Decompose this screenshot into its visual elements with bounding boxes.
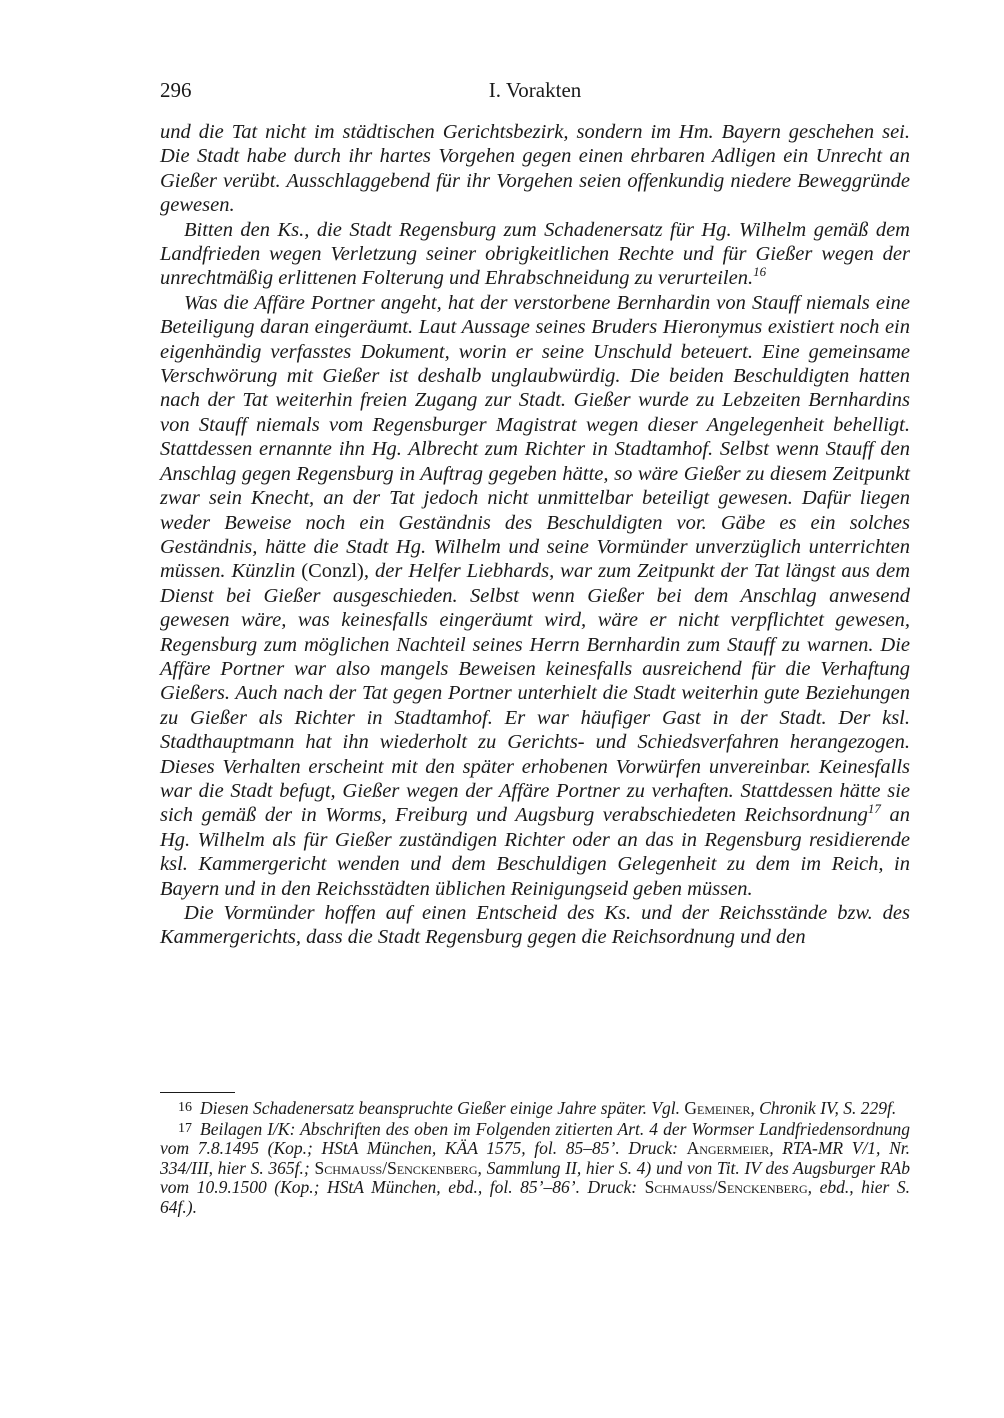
footnote-text: Diesen Schadenersatz beanspruchte Gießer… (200, 1098, 684, 1118)
author-name: Angermeier (687, 1138, 770, 1158)
running-head: 296 I. Vorakten (160, 78, 910, 108)
paragraph-text: Bitten den Ks., die Stadt Regensburg zum… (160, 219, 910, 290)
paragraph-text: , der Helfer Liebhards, war zum Zeitpunk… (160, 560, 910, 826)
section-title: I. Vorakten (160, 78, 910, 103)
paragraph-text: und die Tat nicht im städtischen Gericht… (160, 121, 910, 216)
paragraph-text: Die Vormünder hoffen auf einen Entscheid… (160, 902, 910, 948)
paragraph-4: Die Vormünder hoffen auf einen Entscheid… (160, 901, 910, 950)
page: 296 I. Vorakten und die Tat nicht im stä… (160, 78, 910, 950)
paragraph-text: Was die Affäre Portner angeht, hat der v… (160, 292, 910, 582)
author-name: Gemeiner (684, 1098, 750, 1118)
author-name: Schmauss/Senckenberg (645, 1177, 808, 1197)
footnote-text: , Chronik IV, S. 229f. (750, 1098, 896, 1118)
footnote-17: 17Beilagen I/K: Abschriften des oben im … (160, 1119, 910, 1218)
footnote-divider (160, 1092, 235, 1093)
footnote-number: 16 (178, 1100, 192, 1115)
author-name: Schmauss/Senckenberg (314, 1158, 477, 1178)
body-text: und die Tat nicht im städtischen Gericht… (160, 120, 910, 950)
paragraph-2: Bitten den Ks., die Stadt Regensburg zum… (160, 218, 910, 291)
footnote-16: 16Diesen Schadenersatz beanspruchte Gieß… (160, 1098, 910, 1119)
footnote-ref-16[interactable]: 16 (753, 264, 766, 279)
paragraph-3: Was die Affäre Portner angeht, hat der v… (160, 291, 910, 901)
footnote-ref-17[interactable]: 17 (868, 801, 881, 816)
paragraph-1: und die Tat nicht im städtischen Gericht… (160, 120, 910, 218)
footnote-number: 17 (178, 1121, 192, 1136)
name-variant: (Conzl) (301, 560, 364, 582)
footnotes: 16Diesen Schadenersatz beanspruchte Gieß… (160, 1098, 910, 1217)
